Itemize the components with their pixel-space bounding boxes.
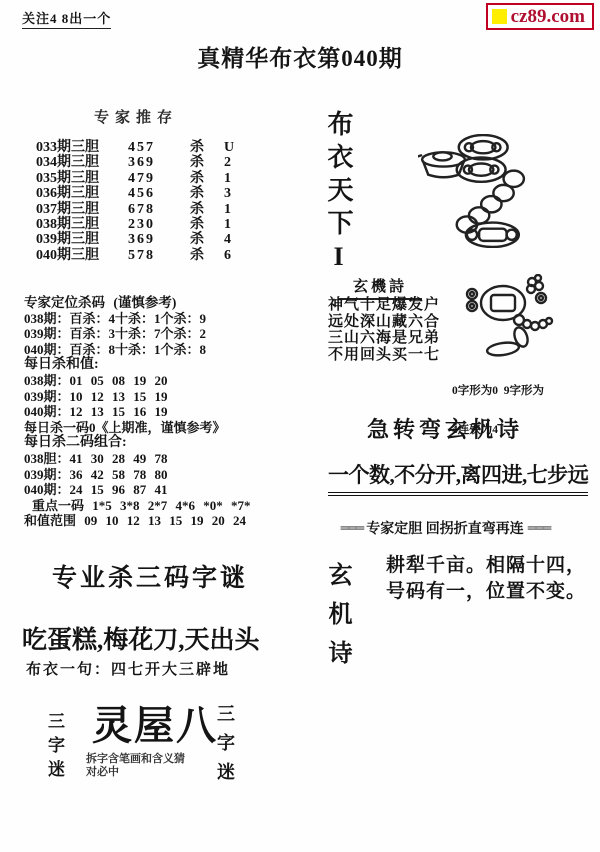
row-numbers: 457 (128, 140, 180, 155)
poem-line: 神气十足爆发户 (328, 297, 440, 314)
three-char-note: 拆字含笔画和含义猜 对必中 (86, 753, 185, 779)
row-kill-value: 1 (224, 171, 242, 186)
key-one-code-line: 重点一码 1*5 3*8 2*7 4*6 *0* *7* (24, 498, 251, 514)
two-code-header: 每日杀二码组合: (24, 435, 251, 451)
sum-line: 040期：12 13 15 16 19 (24, 404, 251, 420)
kill-line: 038期：百杀：4十杀：1个杀：9 (24, 311, 251, 327)
riddle-line: 吃蛋糕,梅花刀,天出头 (22, 620, 260, 656)
expert-recommend-header: 专家推存 (94, 106, 178, 127)
row-kill-label: 杀 (190, 202, 224, 217)
double-line-right: ═══ (528, 520, 550, 536)
list-item: 033期三胆457杀U (36, 140, 242, 155)
two-code-line: 038胆：41 30 28 49 78 (24, 451, 251, 467)
row-period: 040期三胆 (36, 248, 128, 263)
sum-line: 039期：10 12 13 15 19 (24, 389, 251, 405)
row-period: 038期三胆 (36, 217, 128, 232)
kill-position-section: 专家定位杀码 (谨慎参考) 038期：百杀：4十杀：1个杀：9 039期：百杀：… (24, 295, 251, 529)
lottery-tip-sheet: 关注4 8出一个 cz89.com 真精华布衣第040期 专家推存 033期三胆… (0, 0, 600, 852)
page-title: 真精华布衣第040期 (0, 40, 600, 73)
row-kill-value: 2 (224, 155, 242, 170)
row-period: 036期三胆 (36, 186, 128, 201)
poem-line: 不用回头买一七 (328, 347, 440, 364)
three-char-label-left: 三字迷 (42, 712, 67, 784)
two-code-line: 039期：36 42 58 78 80 (24, 467, 251, 483)
expert-recommend-list: 033期三胆457杀U 034期三胆369杀2 035期三胆479杀1 036期… (36, 140, 242, 263)
caption-line1: 0字形为0 9字形为 (452, 385, 544, 398)
row-kill-value: U (224, 140, 242, 155)
three-char-riddle: 灵屋八 (92, 694, 218, 751)
top-note: 关注4 8出一个 (22, 8, 111, 29)
poem-line: 号码有一，位置不变。 (386, 579, 586, 605)
row-kill-value: 3 (224, 186, 242, 201)
three-char-label-right: 三字迷 (212, 704, 238, 791)
key-one-code-values: 1*5 3*8 2*7 4*6 *0* *7* (92, 498, 250, 513)
key-one-code-label: 重点一码 (32, 498, 84, 513)
row-kill-value: 1 (224, 202, 242, 217)
poem-line: 耕犁千亩。相隔十四， (386, 553, 586, 579)
row-kill-label: 杀 (190, 217, 224, 232)
list-item: 037期三胆678杀1 (36, 202, 242, 217)
row-numbers: 369 (128, 232, 180, 247)
row-numbers: 230 (128, 217, 180, 232)
row-kill-label: 杀 (190, 186, 224, 201)
list-item: 038期三胆230杀1 (36, 217, 242, 232)
three-char-note-line1: 拆字含笔画和含义猜 (86, 753, 185, 766)
row-kill-label: 杀 (190, 232, 224, 247)
list-item: 036期三胆456杀3 (36, 186, 242, 201)
riddle-title: 专业杀三码字谜 (28, 558, 272, 594)
coin-figure-drawing (418, 134, 526, 248)
row-kill-label: 杀 (190, 171, 224, 186)
row-numbers: 678 (128, 202, 180, 217)
row-numbers: 369 (128, 155, 180, 170)
list-item: 040期三胆578杀6 (36, 248, 242, 263)
poem-line: 三山六海是兄弟 (328, 330, 440, 347)
kill-line: 039期：百杀：3十杀：7个杀：2 (24, 326, 251, 342)
sharp-turn-poem-line: 一个数,不分开,离四进,七步远 (328, 459, 588, 496)
row-period: 033期三胆 (36, 140, 128, 155)
kill-line: 040期：百杀：8十杀：1个杀：8 (24, 342, 251, 358)
sum-range-values: 09 10 12 13 15 19 20 24 (84, 513, 246, 528)
row-kill-label: 杀 (190, 155, 224, 170)
kill-position-header: 专家定位杀码 (谨慎参考) (24, 295, 251, 311)
row-numbers: 456 (128, 186, 180, 201)
yellow-square-icon (492, 9, 507, 24)
list-item: 039期三胆369杀4 (36, 232, 242, 247)
buyi-phrase: 布衣一句：四七开大三辟地 (26, 658, 230, 679)
list-item: 034期三胆369杀2 (36, 155, 242, 170)
double-line-left: ═══ (341, 520, 363, 536)
coin-cluster-drawing (460, 274, 560, 360)
site-name[interactable]: cz89.com (511, 7, 585, 26)
one-code-line: 每日杀一码0《上期准，谨慎参考》 (24, 420, 251, 436)
xuanji-poem: 神气十足爆发户 远处深山藏六合 三山六海是兄弟 不用回头买一七 (328, 297, 440, 363)
mystery-poem: 耕犁千亩。相隔十四， 号码有一，位置不变。 (386, 553, 586, 605)
row-numbers: 479 (128, 171, 180, 186)
three-char-note-line2: 对必中 (86, 766, 185, 779)
row-period: 035期三胆 (36, 171, 128, 186)
row-kill-label: 杀 (190, 140, 224, 155)
sum-line: 038期：01 05 08 19 20 (24, 373, 251, 389)
list-item: 035期三胆479杀1 (36, 171, 242, 186)
daily-sum-kill-header: 每日杀和值: (24, 357, 251, 373)
row-numbers: 578 (128, 248, 180, 263)
site-badge[interactable]: cz89.com (486, 3, 594, 30)
row-kill-value: 1 (224, 217, 242, 232)
mystery-poem-vertical-label: 玄机诗 (320, 562, 355, 679)
row-period: 039期三胆 (36, 232, 128, 247)
poem-line: 远处深山藏六合 (328, 314, 440, 331)
row-period: 034期三胆 (36, 155, 128, 170)
expert-dingdan-footer: ═══ 专家定胆 回拐折直弯再连 ═══ (300, 518, 590, 538)
row-kill-value: 4 (224, 232, 242, 247)
coin-shape-caption: 0字形为0 9字形为 4连殃为4 (452, 359, 544, 463)
row-kill-label: 杀 (190, 248, 224, 263)
two-code-line: 040期：24 15 96 87 41 (24, 482, 251, 498)
row-kill-value: 6 (224, 248, 242, 263)
sharp-turn-poem-header: 急转弯玄机诗 (300, 413, 590, 444)
buyi-tianxia-vertical-title: 布衣天下I (320, 110, 357, 278)
sum-range-label: 和值范围 (24, 513, 76, 528)
expert-dingdan-text: 专家定胆 回拐折直弯再连 (366, 518, 524, 538)
sum-range-line: 和值范围 09 10 12 13 15 19 20 24 (24, 513, 251, 529)
row-period: 037期三胆 (36, 202, 128, 217)
